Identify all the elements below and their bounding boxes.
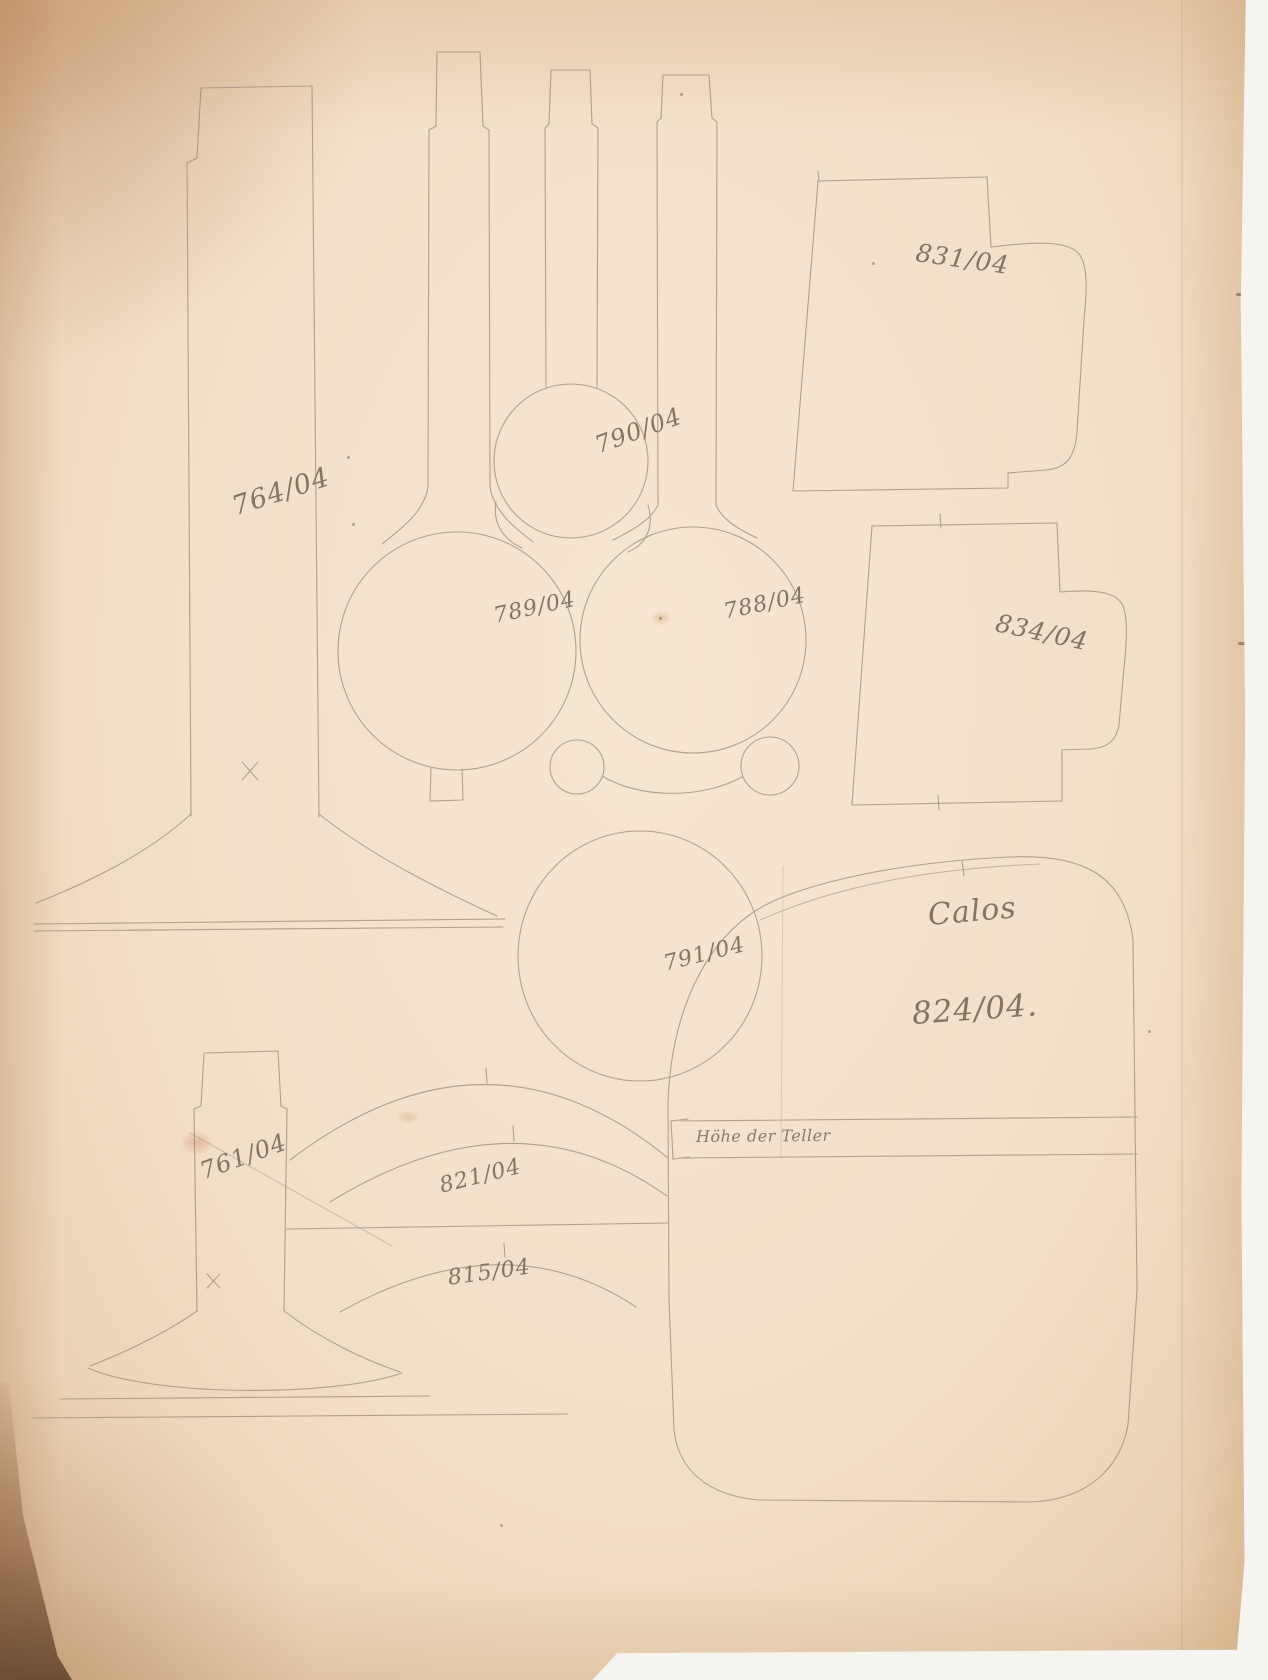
paper-fold-line bbox=[1181, 0, 1183, 1680]
vase-761-outline bbox=[33, 1051, 568, 1418]
pencil-drawing-layer bbox=[0, 0, 1268, 1680]
bottle-789-outline bbox=[338, 52, 576, 801]
beaker-834-outline bbox=[852, 514, 1126, 810]
paper-edge-nick bbox=[1236, 293, 1246, 296]
beaker-831-outline bbox=[793, 171, 1086, 491]
scanned-sheet: 764/04 790/04 789/04 788/04 831/04 834/0… bbox=[0, 0, 1268, 1680]
vessel-788-outline bbox=[550, 75, 806, 795]
vessel-790-outline bbox=[494, 70, 650, 552]
note-hoehe-der-teller: Höhe der Teller bbox=[696, 1126, 831, 1146]
paper-sheet: 764/04 790/04 789/04 788/04 831/04 834/0… bbox=[0, 0, 1247, 1680]
paper-edge-nick bbox=[1238, 642, 1247, 645]
